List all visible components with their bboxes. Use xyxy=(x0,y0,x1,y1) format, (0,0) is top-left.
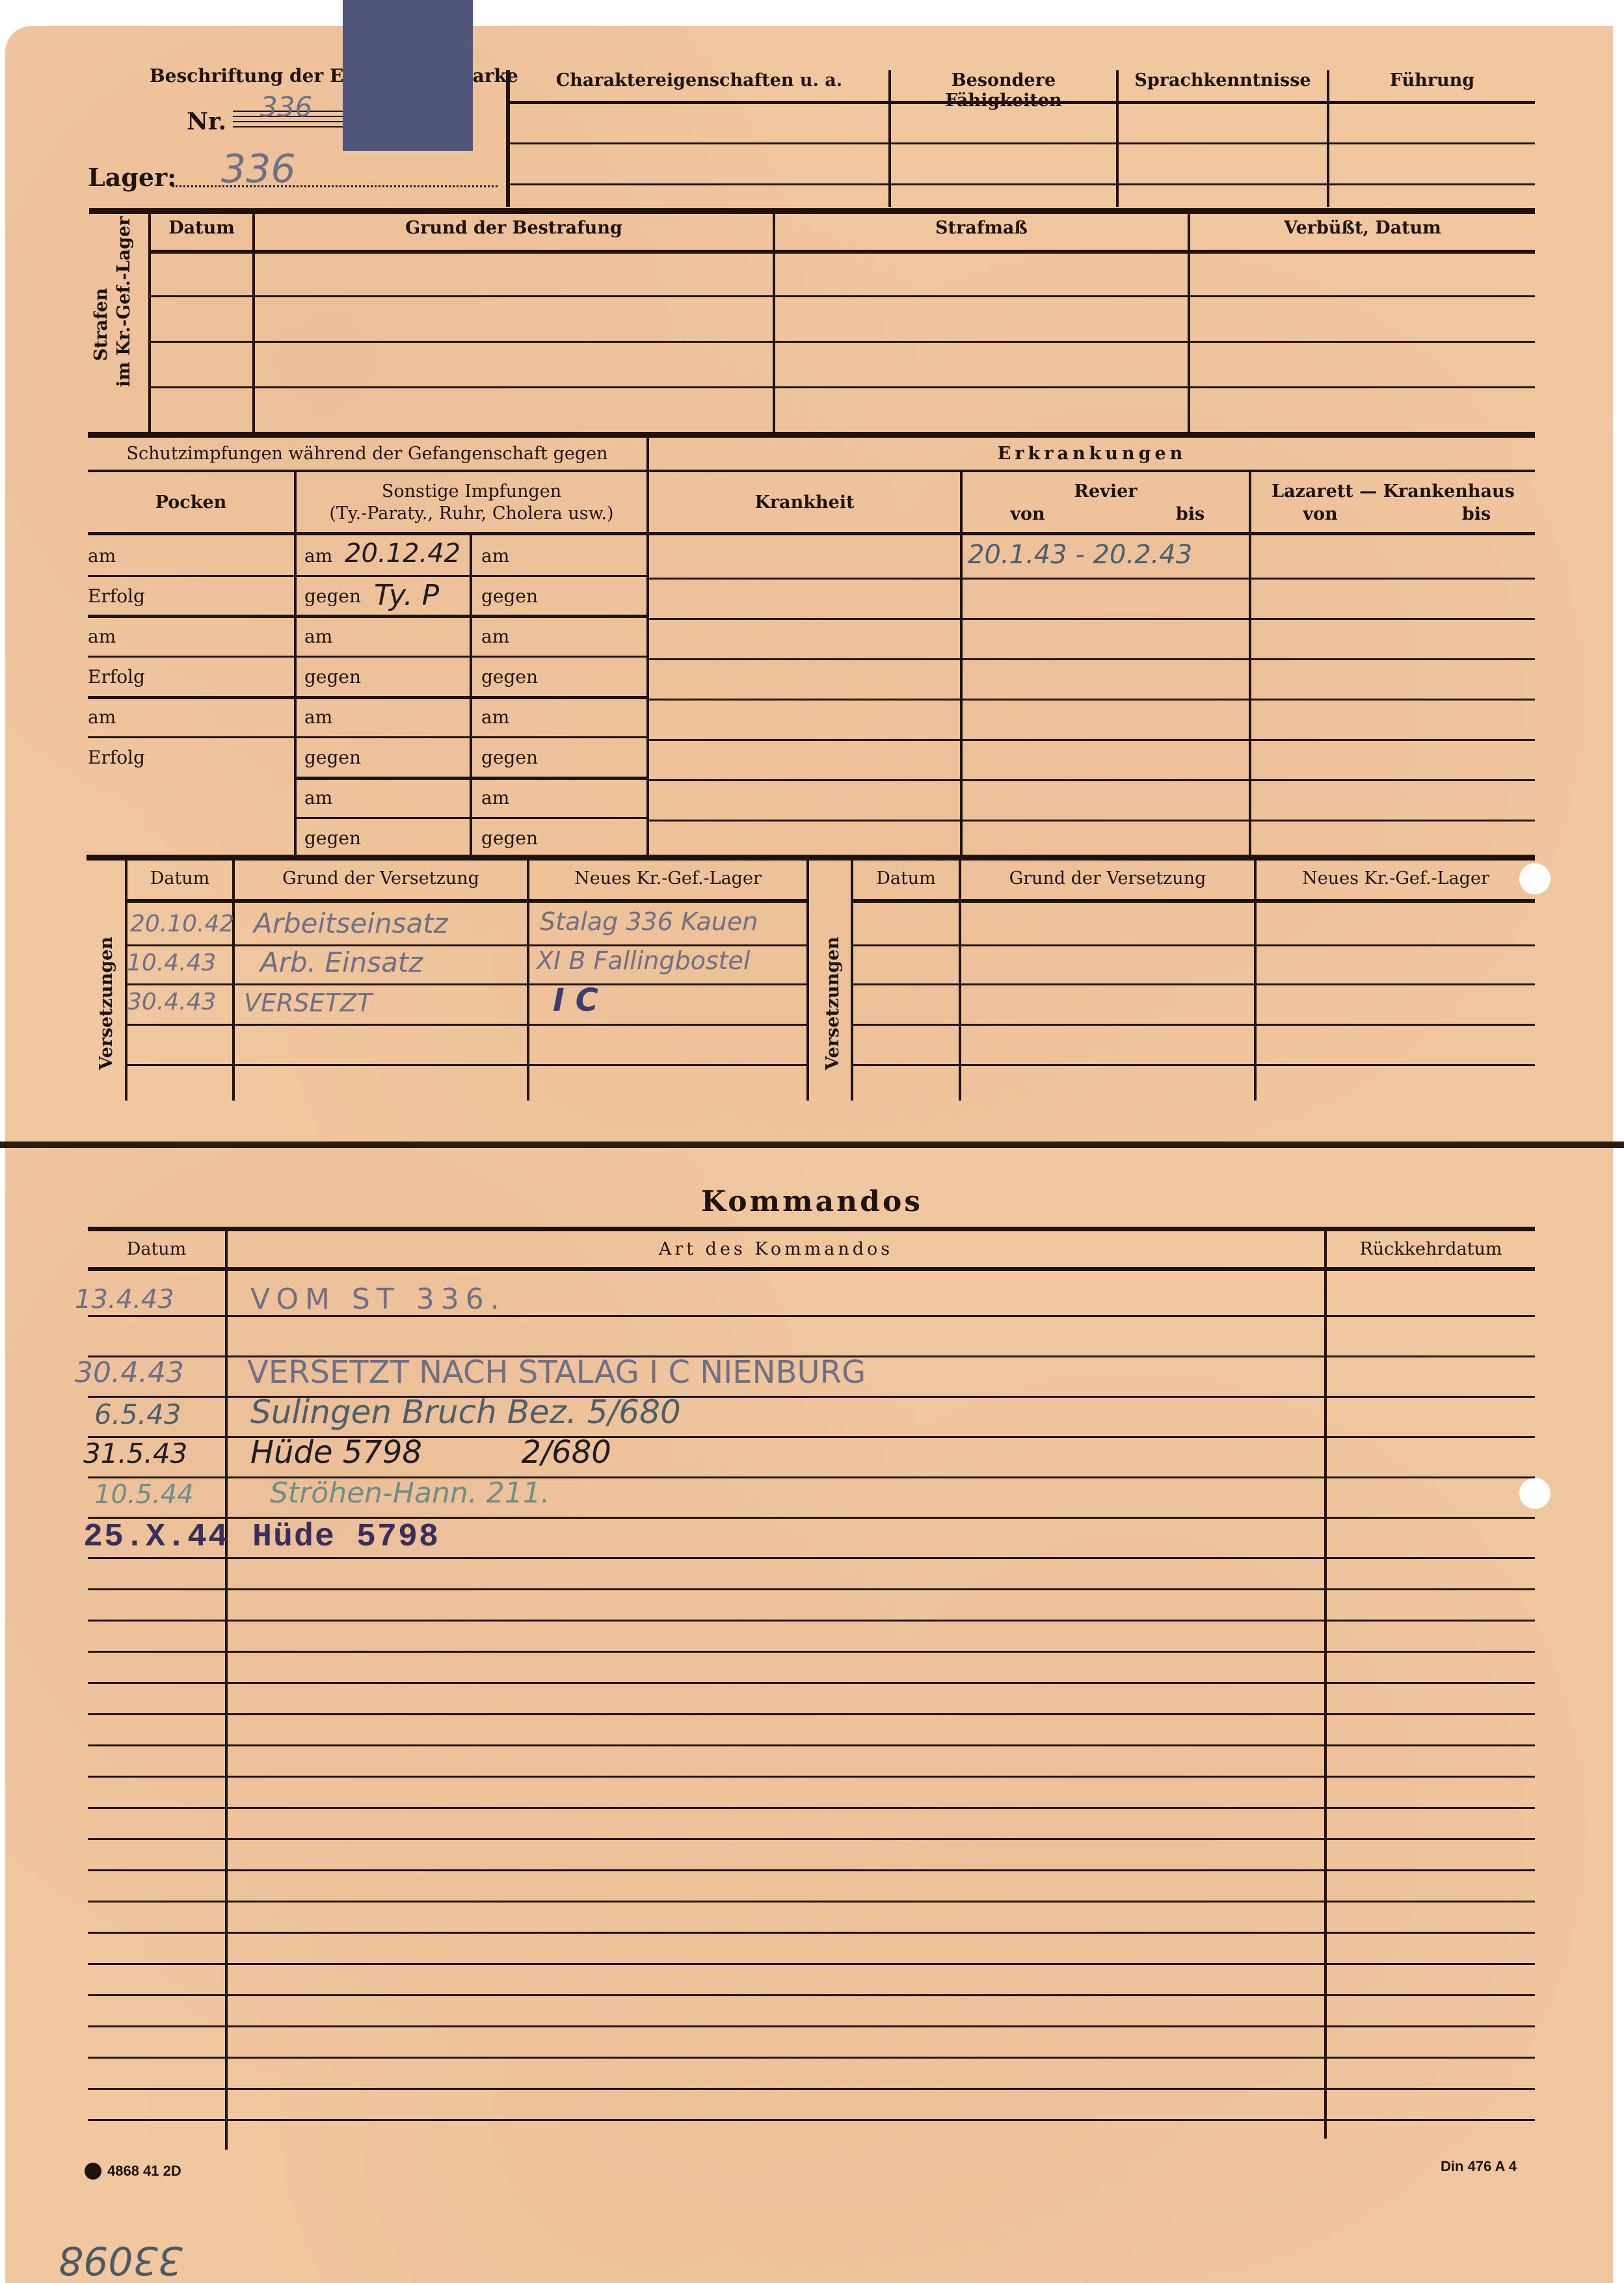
vers-col-datum: Datum xyxy=(127,868,232,888)
sonstige-gegen: gegen xyxy=(481,747,538,768)
pocken-label: Pocken xyxy=(88,492,294,513)
card-front-upper xyxy=(5,26,1613,1143)
vers-row-1-grund: Arbeitseinsatz xyxy=(254,907,448,939)
sonstige-gegen: gegen xyxy=(304,666,361,688)
archive-number-upside-down: 33098 xyxy=(59,2237,183,2283)
lager-label: Lager: xyxy=(88,163,176,192)
kommando-row-6-datum-stamp: 25.X.44 xyxy=(83,1519,229,1556)
strafen-col-verbuesst: Verbüßt, Datum xyxy=(1190,218,1535,238)
col-fuehrung: Führung xyxy=(1329,70,1535,90)
kommandos-col-datum: Datum xyxy=(88,1239,225,1259)
revier-bis: bis xyxy=(1171,504,1210,524)
pocken-am-1: am xyxy=(88,545,116,567)
kommando-row-2-art: VERSETZT NACH STALAG I C NIENBURG xyxy=(247,1354,866,1391)
kommando-row-1-art: VOM ST 336. xyxy=(250,1283,506,1316)
strafen-side-label: Strafen xyxy=(91,288,111,361)
strafen-col-strafmass: Strafmaß xyxy=(775,218,1188,238)
lazarett-bis: bis xyxy=(1457,504,1496,524)
strafen-col-datum: Datum xyxy=(151,218,252,238)
kommandos-title: Kommandos xyxy=(0,1185,1624,1218)
kommando-row-4-datum: 31.5.43 xyxy=(83,1437,187,1469)
sonstige-am: am xyxy=(481,626,509,647)
impfungen-title: Schutzimpfungen während der Gefangenscha… xyxy=(88,444,646,464)
sonstige-am: am xyxy=(304,545,332,567)
vers-row-1-datum: 20.10.42 xyxy=(130,911,234,937)
punch-hole xyxy=(1519,1478,1551,1509)
pocken-erfolg-3: Erfolg xyxy=(88,747,145,768)
sonstige-gegen: gegen xyxy=(304,747,361,768)
kommando-row-5-art: Ströhen-Hann. 211. xyxy=(270,1476,550,1510)
sonstige-label: Sonstige Impfungen xyxy=(297,481,646,501)
card-fold-line xyxy=(0,1141,1624,1148)
revier-label: Revier xyxy=(963,481,1249,501)
col-sprachkenntnisse: Sprachkenntnisse xyxy=(1119,70,1327,90)
pocken-am-2: am xyxy=(88,626,116,647)
lazarett-von: von xyxy=(1294,504,1346,524)
sonstige-gegen: gegen xyxy=(481,666,538,688)
vers-col-lager: Neues Kr.-Gef.-Lager xyxy=(529,868,806,888)
vers-row-3-lager: I C xyxy=(553,982,598,1019)
krankheit-label: Krankheit xyxy=(649,492,960,513)
printer-mark-icon xyxy=(85,2163,101,2180)
erkrankungen-title: Erkrankungen xyxy=(649,444,1535,464)
strafen-col-grund: Grund der Bestrafung xyxy=(255,218,773,238)
lazarett-label: Lazarett — Krankenhaus xyxy=(1251,481,1535,501)
sonstige-gegen: gegen xyxy=(304,585,361,607)
vers-col-grund-2: Grund der Versetzung xyxy=(961,868,1254,888)
kommando-row-5-datum: 10.5.44 xyxy=(94,1480,194,1510)
col-faehigkeiten: Besondere Fähigkeiten xyxy=(891,70,1116,111)
nr-label: Nr. xyxy=(187,108,226,135)
vers-row-3-grund: VERSETZT xyxy=(244,989,372,1017)
sonstige-am: am xyxy=(481,787,509,808)
sonstige-am: am xyxy=(304,706,332,728)
kommando-row-6-art-stamp: Hüde 5798 xyxy=(252,1519,440,1556)
vaccination-against: Ty. P xyxy=(374,579,439,612)
strafen-side-label-2: im Kr.-Gef.-Lager xyxy=(114,217,134,387)
vers-col-datum-2: Datum xyxy=(853,868,959,888)
blue-tab-ribbon-cover xyxy=(343,0,473,155)
print-code: 4868 41 2D xyxy=(107,2163,181,2180)
sonstige-am: am xyxy=(304,626,332,647)
kommando-row-2-datum: 30.4.43 xyxy=(75,1356,184,1389)
versetzungen-side-label-right: Versetzungen xyxy=(823,937,843,1070)
sonstige-am: am xyxy=(481,545,509,567)
sonstige-am: am xyxy=(481,706,509,728)
nr-value: 336 xyxy=(260,91,312,123)
vers-row-2-grund: Arb. Einsatz xyxy=(260,946,423,978)
vers-row-1-lager: Stalag 336 Kauen xyxy=(540,907,758,936)
kommando-row-3-art: Sulingen Bruch Bez. 5/680 xyxy=(250,1393,681,1431)
vers-row-2-datum: 10.4.43 xyxy=(127,950,216,976)
vers-row-3-datum: 30.4.43 xyxy=(127,989,216,1015)
pocken-erfolg-1: Erfolg xyxy=(88,585,145,607)
sonstige-am: am xyxy=(304,787,332,808)
sonstige-gegen: gegen xyxy=(481,827,538,849)
vers-col-lager-2: Neues Kr.-Gef.-Lager xyxy=(1257,868,1535,888)
kommando-row-3-datum: 6.5.43 xyxy=(94,1398,181,1430)
versetzungen-side-label-left: Versetzungen xyxy=(96,937,116,1070)
pocken-erfolg-2: Erfolg xyxy=(88,666,145,688)
kommandos-col-art: Art des Kommandos xyxy=(228,1239,1324,1259)
vers-row-2-lager: XI B Fallingbostel xyxy=(537,946,751,975)
din-format: Din 476 A 4 xyxy=(1441,2158,1517,2175)
vers-col-grund: Grund der Versetzung xyxy=(235,868,527,888)
sonstige-gegen: gegen xyxy=(481,585,538,607)
col-charakter: Charaktereigenschaften u. a. xyxy=(510,70,888,90)
sonstige-gegen: gegen xyxy=(304,827,361,849)
pocken-am-3: am xyxy=(88,706,116,728)
lager-value: 336 xyxy=(221,146,296,192)
sonstige-sub: (Ty.-Paraty., Ruhr, Cholera usw.) xyxy=(297,503,646,524)
revier-entry: 20.1.43 - 20.2.43 xyxy=(968,540,1192,570)
kommando-row-1-datum: 13.4.43 xyxy=(75,1285,174,1315)
revier-von: von xyxy=(1002,504,1054,524)
kommandos-col-rueckkehr: Rückkehrdatum xyxy=(1327,1239,1535,1259)
vaccination-date: 20.12.42 xyxy=(345,539,460,568)
kommando-row-4-art: Hüde 5798 2/680 xyxy=(250,1434,611,1471)
